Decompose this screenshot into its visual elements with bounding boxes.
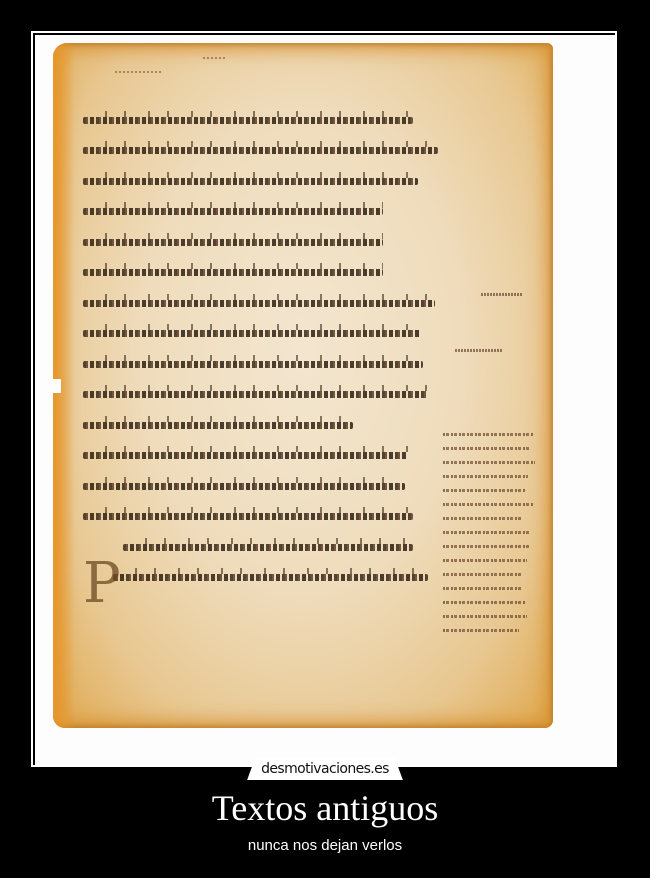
- margin-note-line: [443, 596, 541, 610]
- margin-notes: [443, 428, 541, 638]
- margin-note-line: [443, 428, 541, 442]
- manuscript-text: [83, 101, 451, 589]
- text-line: [83, 162, 451, 193]
- text-line: [83, 406, 451, 437]
- manuscript-page: P: [53, 43, 553, 728]
- margin-note-line: [443, 624, 541, 638]
- page-tear: [47, 379, 61, 393]
- top-annotation: [115, 71, 163, 73]
- poster-subtitle: nunca nos dejan verlos: [0, 836, 650, 856]
- margin-note-line: [443, 554, 541, 568]
- site-watermark: desmotivaciones.es: [247, 758, 403, 780]
- margin-note-line: [443, 456, 541, 470]
- margin-note-line: [443, 442, 541, 456]
- margin-note-line: [443, 526, 541, 540]
- illuminated-initial: P: [83, 551, 121, 616]
- text-line: [83, 528, 451, 559]
- text-line: [83, 254, 451, 285]
- text-line: [83, 498, 451, 529]
- text-line: [83, 132, 451, 163]
- text-line: [83, 284, 451, 315]
- text-line: [83, 193, 451, 224]
- text-line: [83, 467, 451, 498]
- text-line: [83, 559, 451, 590]
- top-annotation: [203, 57, 225, 59]
- text-line: [83, 376, 451, 407]
- text-line: [83, 223, 451, 254]
- margin-note-line: [443, 568, 541, 582]
- text-line: [83, 437, 451, 468]
- text-line: [83, 345, 451, 376]
- margin-annotation: [481, 293, 523, 296]
- poster-title: Textos antiguos: [0, 786, 650, 830]
- watermark-tab: desmotivaciones.es: [0, 758, 650, 782]
- margin-note-line: [443, 512, 541, 526]
- margin-note-line: [443, 582, 541, 596]
- margin-note-line: [443, 610, 541, 624]
- margin-note-line: [443, 498, 541, 512]
- text-line: [83, 315, 451, 346]
- margin-note-line: [443, 540, 541, 554]
- poster-image: P: [35, 35, 615, 765]
- margin-note-line: [443, 470, 541, 484]
- margin-annotation: [455, 349, 503, 352]
- text-line: [83, 101, 451, 132]
- margin-note-line: [443, 484, 541, 498]
